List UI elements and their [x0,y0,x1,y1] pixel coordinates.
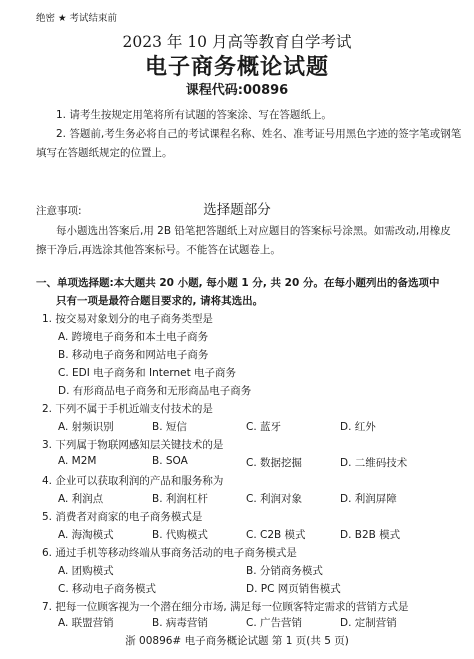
option-d: D. 二维码技术 [340,455,407,470]
option-a: A. 跨境电子商务和本土电子商务 [58,329,208,344]
question-stem: 5. 消费者对商家的电子商务模式是 [42,509,202,524]
question-stem: 3. 下列属于物联网感知层关键技术的是 [42,437,223,452]
notice-label: 注意事项: [36,203,82,218]
option-b: B. 移动电子商务和网站电子商务 [58,347,208,362]
option-b: B. 病毒营销 [152,615,208,630]
exam-title: 2023 年 10 月高等教育自学考试 [0,30,474,52]
option-a: A. 利润点 [58,491,103,506]
option-d: D. 红外 [340,419,376,434]
confidential-mark: 绝密 ★ 考试结束前 [36,10,117,24]
option-c: C. 利润对象 [246,491,302,506]
question-stem: 4. 企业可以获取利润的产品和服务称为 [42,473,223,488]
option-d: D. 利润屏障 [340,491,397,506]
instruction-1: 1. 请考生按规定用笔将所有试题的答案涂、写在答题纸上。 [56,107,332,122]
option-b: B. 利润杠杆 [152,491,208,506]
option-c: C. 广告营销 [246,615,302,630]
question-stem: 6. 通过手机等移动终端从事商务活动的电子商务模式是 [42,545,297,560]
paper-title: 电子商务概论试题 [0,50,474,81]
course-code: 课程代码:00896 [0,79,474,98]
option-a: A. 海淘模式 [58,527,114,542]
option-a: A. M2M [58,455,96,467]
notice-line-2: 擦干净后,再选涂其他答案标号。不能答在试题卷上。 [36,242,281,257]
page-footer: 浙 00896# 电子商务概论试题 第 1 页(共 5 页) [0,633,474,648]
option-b: B. 代购模式 [152,527,208,542]
part1-heading-2: 只有一项是最符合题目要求的, 请将其选出。 [56,293,263,308]
option-d: D. 有形商品电子商务和无形商品电子商务 [58,383,251,398]
instruction-2: 2. 答题前,考生务必将自己的考试课程名称、姓名、准考证号用黑色字迹的签字笔或钢… [56,126,461,141]
option-d: D. PC 网页销售模式 [246,581,341,596]
question-stem: 1. 按交易对象划分的电子商务类型是 [42,311,213,326]
option-c: C. 数据挖掘 [246,455,302,470]
option-b: B. SOA [152,455,188,467]
instruction-2-cont: 填写在答题纸规定的位置上。 [36,145,173,160]
option-b: B. 分销商务模式 [246,563,323,578]
option-d: D. B2B 模式 [340,527,400,542]
part1-heading-1: 一、单项选择题:本大题共 20 小题, 每小题 1 分, 共 20 分。在每小题… [36,275,439,290]
notice-line-1: 每小题选出答案后,用 2B 铅笔把答题纸上对应题目的答案标号涂黑。如需改动,用橡… [56,223,451,238]
option-a: A. 联盟营销 [58,615,114,630]
option-c: C. 蓝牙 [246,419,281,434]
option-a: A. 团购模式 [58,563,114,578]
option-c: C. 移动电子商务模式 [58,581,156,596]
option-a: A. 射频识别 [58,419,114,434]
option-c: C. EDI 电子商务和 Internet 电子商务 [58,365,236,380]
question-stem: 2. 下列不属于手机近端支付技术的是 [42,401,213,416]
option-d: D. 定制营销 [340,615,397,630]
option-c: C. C2B 模式 [246,527,306,542]
question-stem: 7. 把每一位顾客视为一个潜在细分市场, 满足每一位顾客特定需求的营销方式是 [42,599,409,614]
option-b: B. 短信 [152,419,187,434]
